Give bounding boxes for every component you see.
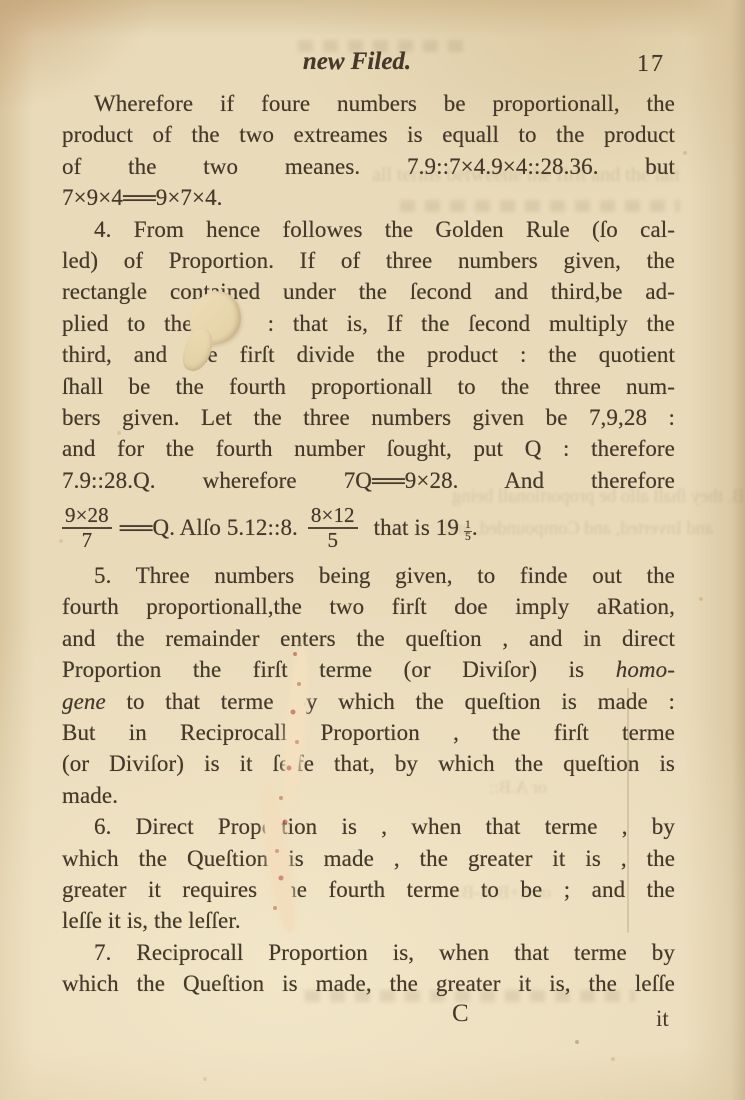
text-fragment: Proportion the firſt terme (or Diviſor) … bbox=[62, 657, 616, 682]
text-line: But in Reciprocall Proportion , the firſ… bbox=[62, 717, 675, 748]
italic-word: gene bbox=[62, 689, 106, 714]
text-line: gene to that terme by which the queſtion… bbox=[62, 686, 675, 717]
fraction-denominator: 5 bbox=[327, 529, 338, 552]
small-fraction: 15 bbox=[464, 520, 472, 543]
fraction-denominator: 5 bbox=[465, 532, 471, 543]
text-line: 7×9×4══9×7×4. bbox=[62, 182, 675, 213]
scratch-segment bbox=[257, 783, 298, 934]
running-header: new Filed. bbox=[62, 48, 652, 76]
formula-text: . bbox=[472, 512, 478, 543]
text-line: third, and the firſt divide the product … bbox=[62, 339, 675, 370]
formula-text: ══Q. Alſo 5.12::8. bbox=[120, 512, 298, 543]
text-line: which the Queſtion is made, the greater … bbox=[62, 968, 675, 999]
text-line: bers given. Let the three numbers given … bbox=[62, 402, 675, 433]
text-line: Proportion the firſt terme (or Diviſor) … bbox=[62, 654, 675, 685]
fraction: 9×287 bbox=[62, 504, 112, 552]
text-line: Wherefore if foure numbers be proportion… bbox=[62, 88, 675, 119]
text-line: and for the fourth number ſought, put Q … bbox=[62, 433, 675, 464]
formula-text: that is 19 bbox=[374, 512, 459, 543]
text-fragment: to that terme by which the queſtion is m… bbox=[106, 689, 675, 714]
book-page-scan: all terms betweene the firſt and the laſ… bbox=[0, 0, 745, 1100]
text-line: 7. Reciprocall Proportion is, when that … bbox=[62, 937, 675, 968]
paper-flake-blemish bbox=[183, 292, 253, 372]
text-column: Wherefore if foure numbers be proportion… bbox=[62, 88, 675, 1000]
text-line-damaged: plied to the fi: that is, If the ſecond … bbox=[62, 308, 675, 339]
scratch-segment bbox=[281, 647, 310, 806]
text-line: and the remainder enters the queſtion , … bbox=[62, 623, 675, 654]
scratch-specks bbox=[262, 645, 264, 647]
fraction-numerator: 9×28 bbox=[62, 504, 112, 529]
signature-mark: C bbox=[452, 1000, 469, 1028]
text-line: 4. From hence followes the Golden Rule (… bbox=[62, 214, 675, 245]
fraction-numerator: 8×12 bbox=[308, 504, 358, 529]
catchword: it bbox=[656, 1006, 669, 1032]
text-line: 7.9::28.Q. wherefore 7Q══9×28. And there… bbox=[62, 465, 675, 496]
text-line: product of the two extreames is equall t… bbox=[62, 119, 675, 150]
page-number: 17 bbox=[637, 51, 665, 78]
text-line: leſſe it is, the leſſer. bbox=[62, 905, 675, 936]
text-line: 6. Direct Proportion is , when that term… bbox=[62, 811, 675, 842]
text-line: which the Queſtion is made , the greater… bbox=[62, 843, 675, 874]
text-line: led) of Proportion. If of three numbers … bbox=[62, 245, 675, 276]
text-line: rectangle contained under the ſecond and… bbox=[62, 276, 675, 307]
paper-scratch bbox=[262, 645, 314, 930]
paper-specks bbox=[0, 0, 2, 2]
text-line: fourth proportionall,the two firſt doe i… bbox=[62, 591, 675, 622]
fraction-denominator: 7 bbox=[82, 529, 93, 552]
italic-word: homo- bbox=[616, 657, 675, 682]
text-line: greater it requires the fourth terme to … bbox=[62, 874, 675, 905]
text-fragment: : that is, If the ſecond multiply the bbox=[268, 311, 675, 336]
text-line: of the two meanes. 7.9::7×4.9×4::28.36. … bbox=[62, 151, 675, 182]
text-line: (or Diviſor) is it ſelfe that, by which … bbox=[62, 748, 675, 779]
formula-line: 9×287 ══Q. Alſo 5.12::8. 8×125 that is 1… bbox=[62, 496, 675, 560]
fraction: 8×125 bbox=[308, 504, 358, 552]
text-line: made. bbox=[62, 780, 675, 811]
text-line: ſhall be the fourth proportionall to the… bbox=[62, 371, 675, 402]
text-line: 5. Three numbers being given, to finde o… bbox=[62, 560, 675, 591]
